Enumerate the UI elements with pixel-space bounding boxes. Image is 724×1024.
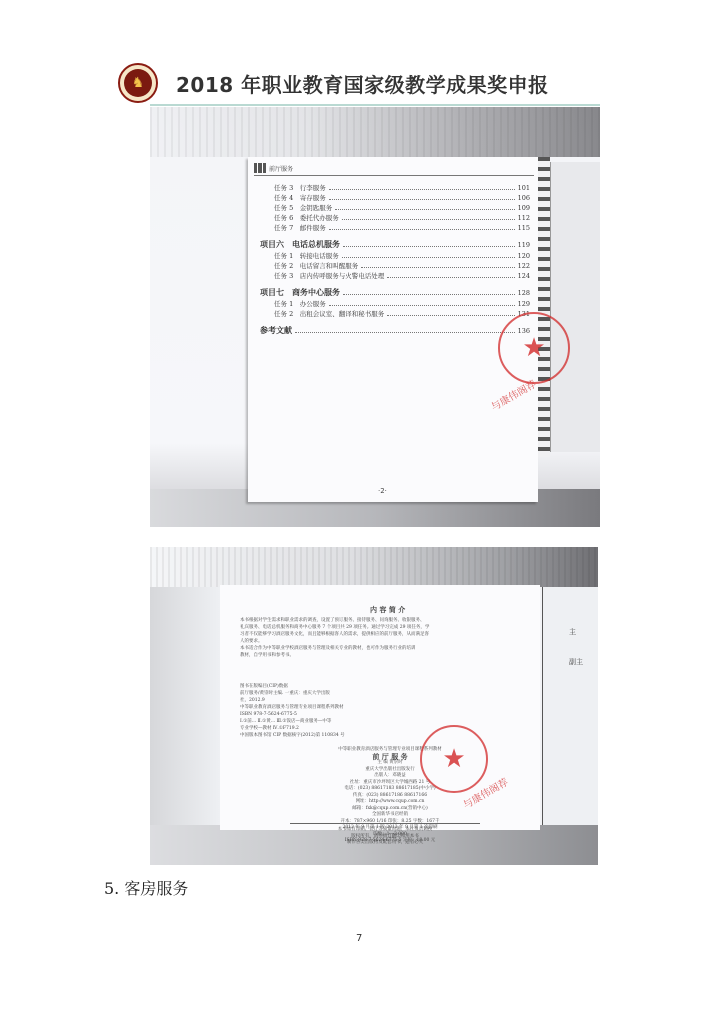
header-divider (150, 104, 600, 106)
school-logo: ♞ (118, 63, 158, 103)
red-seal-stamp: ★ (420, 725, 488, 793)
toc-entry: 任务 3 店内传呼服务与火警电话处理124 (260, 271, 530, 281)
toc-entry: 任务 2 电话留言和叫醒服务122 (260, 261, 530, 271)
horse-emblem-icon: ♞ (124, 69, 152, 97)
cip-data: 图书在版编目(CIP)数据前厅服务/黄崇时主编. 一重庆：重庆大学出版社，201… (240, 683, 440, 739)
spiral-binding (538, 157, 550, 457)
toc-entry: 任务 6 委托代办服务112 (260, 213, 530, 223)
book-running-header: 前厅服务 (254, 163, 534, 176)
red-seal-stamp: ★ (498, 312, 570, 384)
page-number: ·2· (378, 487, 387, 495)
stamp-handwriting: 与康伟阁荐 (488, 376, 539, 414)
toc-entry: 任务 5 金钥匙服务109 (260, 203, 530, 213)
document-header: ♞ 2018 年职业教育国家级教学成果奖申报 (118, 58, 549, 108)
scanned-toc-page: 前厅服务 任务 3 行李服务101任务 4 寄存服务106任务 5 金钥匙服务1… (150, 107, 600, 527)
star-icon: ★ (522, 335, 545, 361)
section-heading: 5. 客房服务 (104, 876, 188, 899)
summary-text: 本书根据对学生需求和职业需求的调查，设置了预订服务、接待服务、问询服务、收银服务… (240, 617, 520, 659)
toc-entry: 项目六 电话总机服务119 (260, 239, 530, 251)
footer-page-number: 7 (356, 933, 362, 944)
toc-entry: 任务 3 行李服务101 (260, 183, 530, 193)
adjacent-page: 主 副主 (542, 587, 598, 825)
toc-entry: 任务 4 寄存服务106 (260, 193, 530, 203)
toc-entry: 任务 2 出租会议室、翻译和秘书服务131 (260, 309, 530, 319)
copyright-notice: 本书如有印刷、装订等质量问题，本社负责调换版权所有，请勿擅自翻印和用本书制作各类… (290, 823, 480, 847)
adjacent-page (550, 162, 600, 452)
table-of-contents: 任务 3 行李服务101任务 4 寄存服务106任务 5 金钥匙服务109任务 … (260, 183, 530, 337)
header-title: 2018 年职业教育国家级教学成果奖申报 (176, 69, 549, 98)
scanned-copyright-page: 主 副主 内 容 简 介 本书根据对学生需求和职业需求的调查，设置了预订服务、接… (150, 547, 598, 865)
summary-title: 内 容 简 介 (370, 605, 405, 615)
book-page: 前厅服务 任务 3 行李服务101任务 4 寄存服务106任务 5 金钥匙服务1… (248, 157, 538, 502)
star-icon: ★ (442, 746, 465, 772)
book-page: 内 容 简 介 本书根据对学生需求和职业需求的调查，设置了预订服务、接待服务、问… (220, 585, 540, 830)
toc-entry: 项目七 商务中心服务128 (260, 287, 530, 299)
toc-entry: 任务 1 办公服务129 (260, 299, 530, 309)
building-icon (254, 163, 266, 173)
toc-entry: 参考文献136 (260, 325, 530, 337)
toc-entry: 任务 1 转接电话服务120 (260, 251, 530, 261)
toc-entry: 任务 7 邮件服务115 (260, 223, 530, 233)
